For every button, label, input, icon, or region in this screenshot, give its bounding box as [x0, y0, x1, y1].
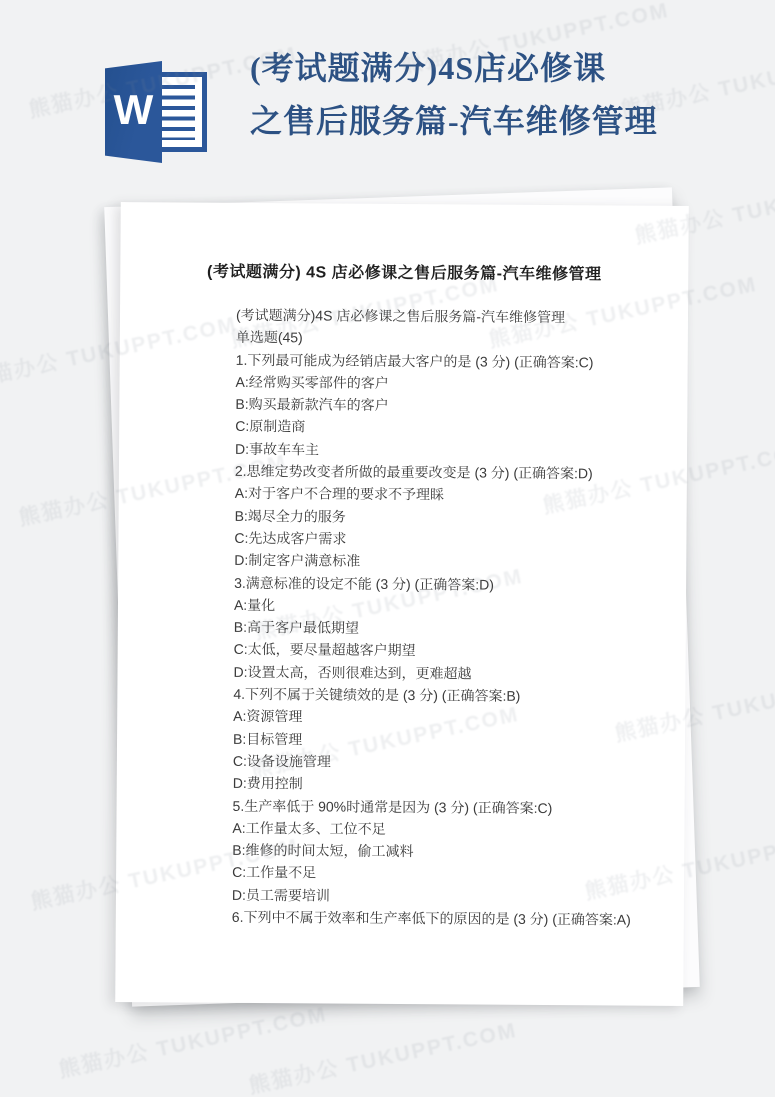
document-line: A:工作量太多、工位不足 — [232, 817, 654, 842]
document-line: (考试题满分)4S 店必修课之售后服务篇-汽车维修管理 — [236, 304, 658, 329]
document-line: C:工作量不足 — [232, 861, 654, 886]
word-icon-letter: W — [114, 89, 154, 135]
document-line: C:太低，要尽量超越客户期望 — [234, 638, 656, 663]
document-line: B:高于客户最低期望 — [234, 616, 656, 641]
document-line: B:目标管理 — [233, 727, 655, 752]
document-line: 3.满意标准的设定不能 (3 分) (正确答案:D) — [234, 571, 656, 596]
document-line: C:设备设施管理 — [233, 750, 655, 775]
document-line: D:事故车车主 — [235, 438, 657, 463]
document-page: (考试题满分) 4S 店必修课之售后服务篇-汽车维修管理 (考试题满分)4S 店… — [115, 202, 689, 1006]
document-line: D:制定客户满意标准 — [234, 549, 656, 574]
document-line: 2.思维定势改变者所做的最重要改变是 (3 分) (正确答案:D) — [235, 460, 657, 485]
page-title-line-1: (考试题满分)4S店必修课 — [250, 42, 720, 95]
document-line: A:对于客户不合理的要求不予理睬 — [235, 482, 657, 507]
page-title-line-2: 之售后服务篇-汽车维修管理 — [250, 95, 720, 148]
document-line: C:先达成客户需求 — [234, 527, 656, 552]
page-title[interactable]: (考试题满分)4S店必修课 之售后服务篇-汽车维修管理 — [250, 42, 720, 148]
word-icon-w-panel: W — [105, 60, 162, 164]
document-body: (考试题满分)4S 店必修课之售后服务篇-汽车维修管理 单选题(45) 1.下列… — [232, 304, 658, 931]
document-line: B:竭尽全力的服务 — [235, 505, 657, 530]
document-line: B:购买最新款汽车的客户 — [235, 393, 657, 418]
document-line: 单选题(45) — [236, 326, 658, 351]
document-line: A:资源管理 — [233, 705, 655, 730]
document-line: D:设置太高，否则很难达到，更难超越 — [233, 661, 655, 686]
document-title: (考试题满分) 4S 店必修课之售后服务篇-汽车维修管理 — [128, 258, 680, 285]
document-line: 6.下列中不属于效率和生产率低下的原因的是 (3 分) (正确答案:A) — [232, 906, 654, 931]
document-line: 5.生产率低于 90%时通常是因为 (3 分) (正确答案:C) — [233, 794, 655, 819]
document-line: 4.下列不属于关键绩效的是 (3 分) (正确答案:B) — [233, 683, 655, 708]
document-line: A:量化 — [234, 594, 656, 619]
document-line: D:员工需要培训 — [232, 884, 654, 909]
document-line: B:维修的时间太短，偷工减料 — [232, 839, 654, 864]
document-line: A:经常购买零部件的客户 — [235, 371, 657, 396]
document-line: C:原制造商 — [235, 415, 657, 440]
document-line: 1.下列最可能成为经销店最大客户的是 (3 分) (正确答案:C) — [236, 348, 658, 373]
document-line: D:费用控制 — [233, 772, 655, 797]
header: W (考试题满分)4S店必修课 之售后服务篇-汽车维修管理 — [0, 0, 775, 190]
word-icon: W — [105, 60, 207, 164]
word-icon-text-lines — [157, 85, 195, 140]
